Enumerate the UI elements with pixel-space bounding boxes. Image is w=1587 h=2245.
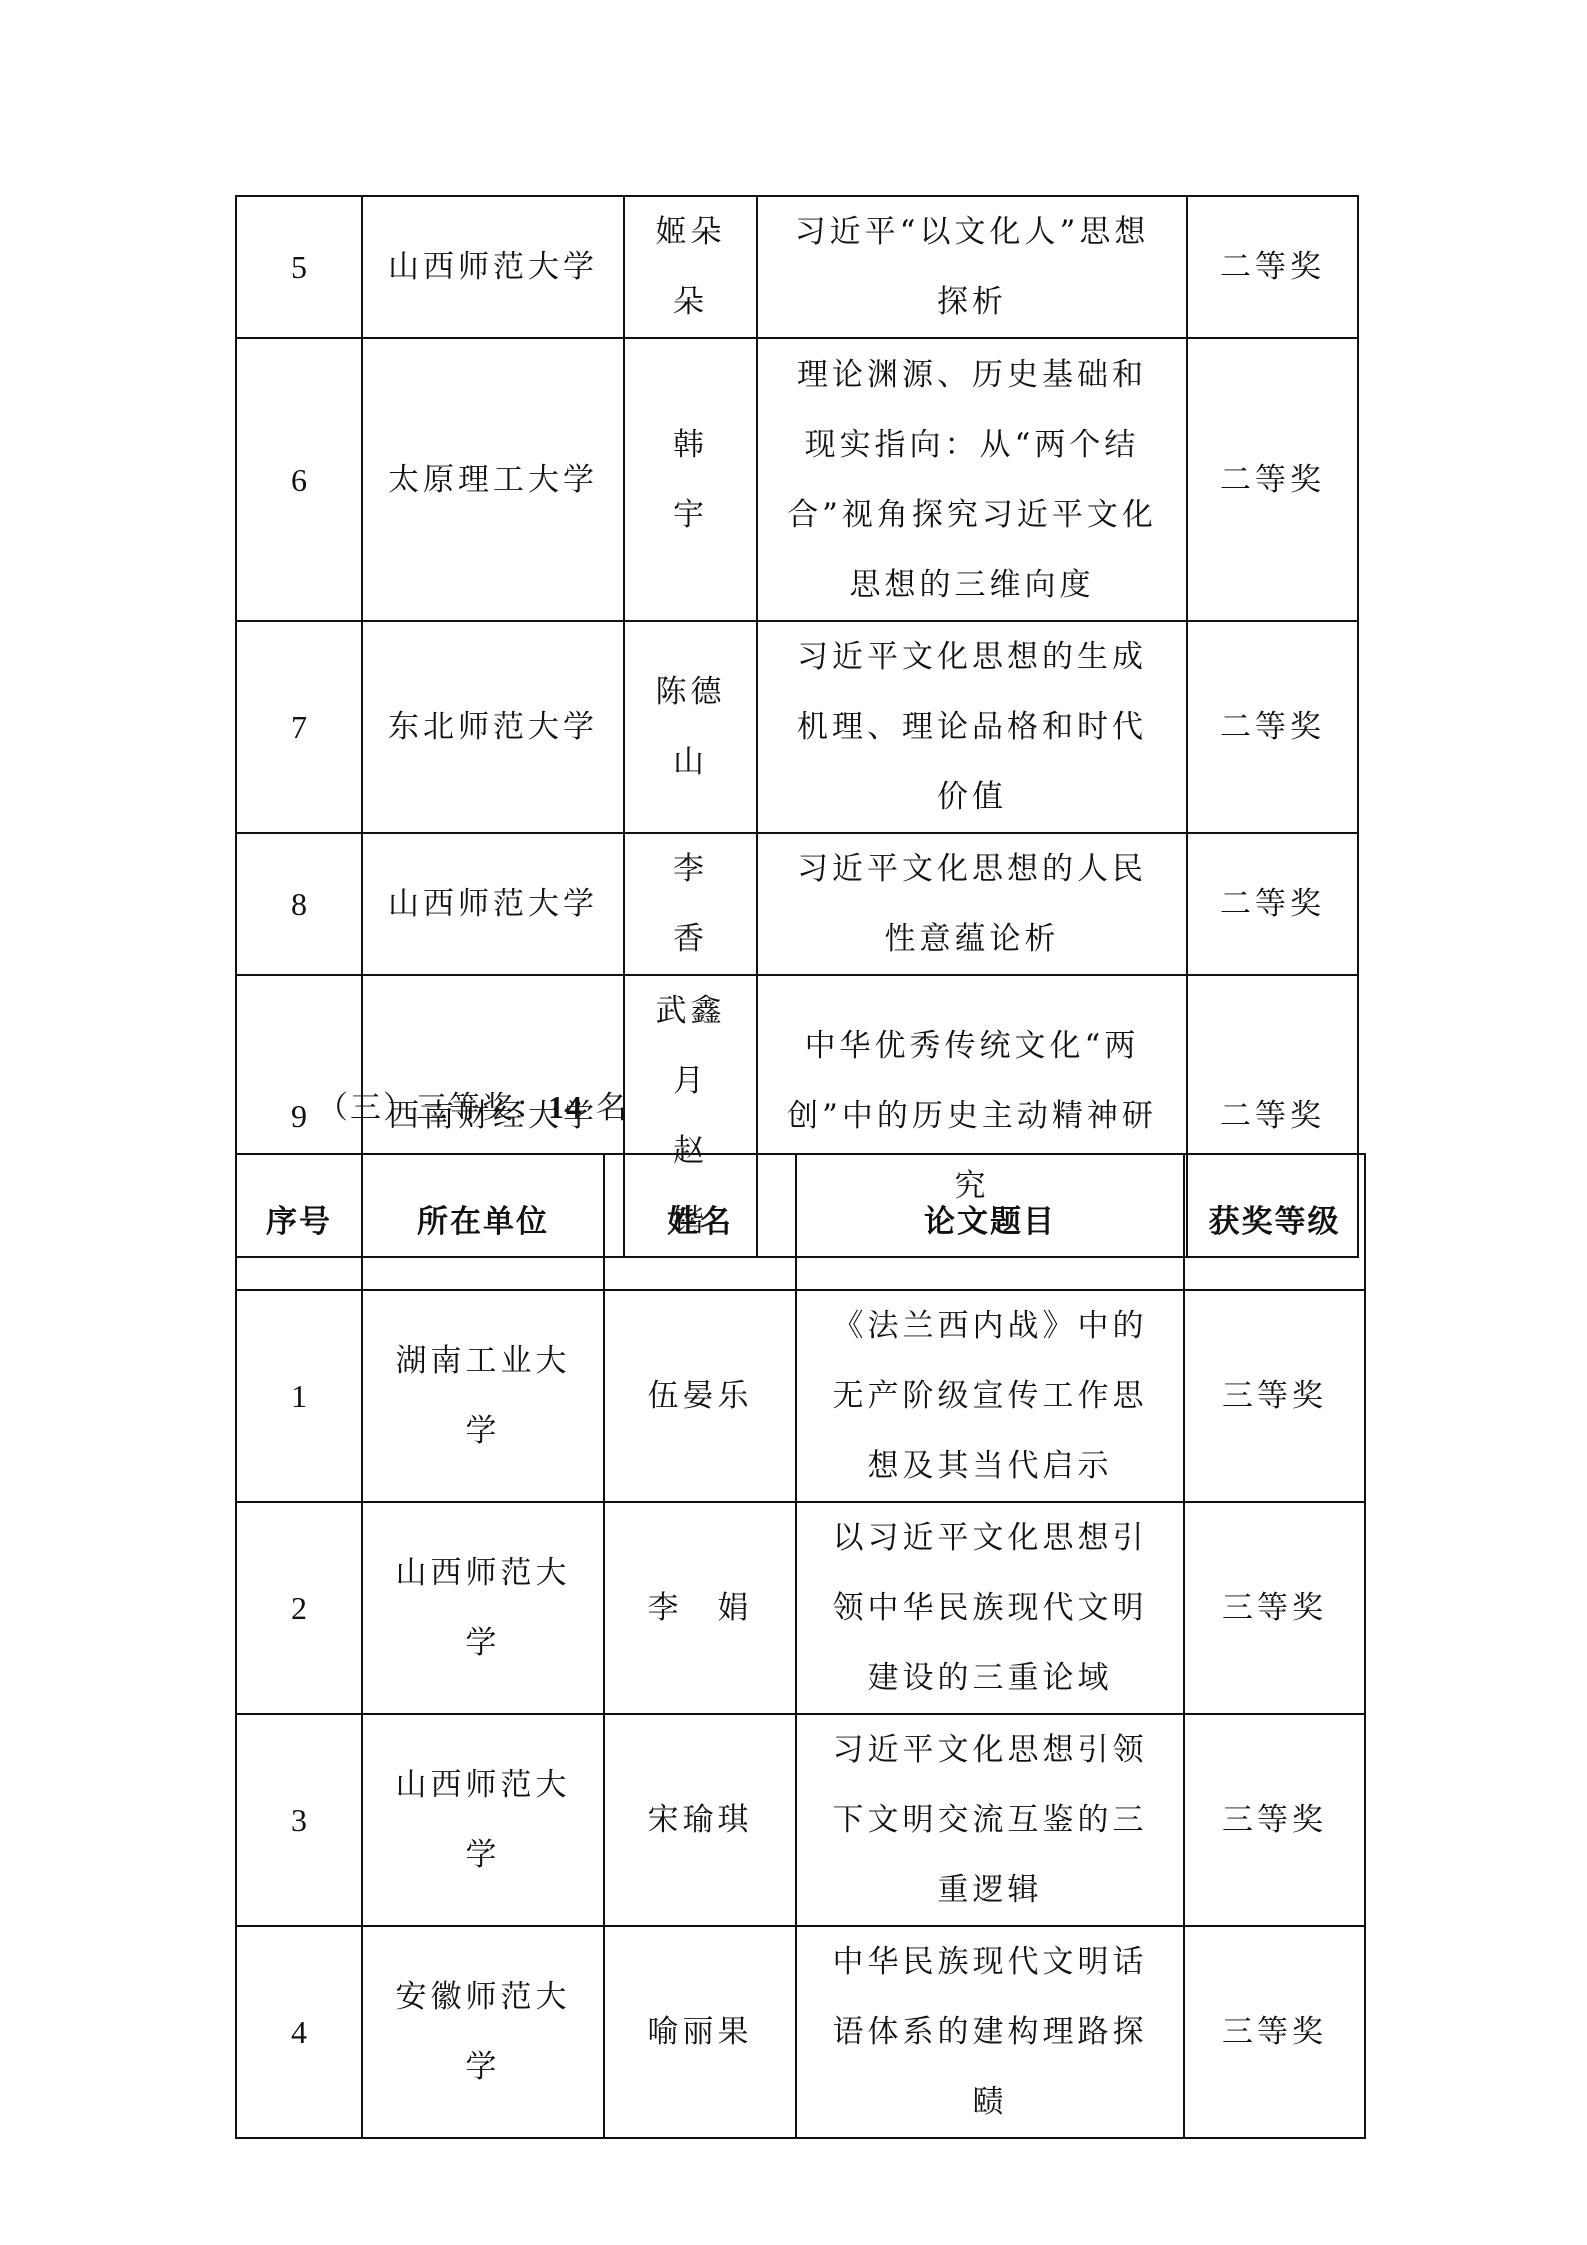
- award-cell: 三等奖: [1184, 1290, 1365, 1502]
- third-prize-table: 序号 所在单位 姓名 论文题目 获奖等级 1 湖南工业大学 伍晏乐 《法兰西内战…: [235, 1153, 1366, 2139]
- award-cell: 三等奖: [1184, 1926, 1365, 2138]
- header-title: 论文题目: [796, 1154, 1184, 1290]
- row-number: 6: [236, 338, 362, 621]
- table-row: 6 太原理工大学 韩 宇 理论渊源、历史基础和现实指向：从“两个结合”视角探究习…: [236, 338, 1358, 621]
- award-cell: 二等奖: [1187, 833, 1358, 975]
- table-row: 5 山西师范大学 姬朵朵 习近平“以文化人”思想探析 二等奖: [236, 196, 1358, 338]
- section-heading-third-prize: （三）三等奖：14 名: [317, 1082, 629, 1127]
- header-unit: 所在单位: [362, 1154, 604, 1290]
- paper-title-cell: 以习近平文化思想引领中华民族现代文明建设的三重论域: [796, 1502, 1184, 1714]
- paper-title-cell: 习近平文化思想的生成机理、理论品格和时代价值: [757, 621, 1187, 833]
- unit-cell: 安徽师范大学: [362, 1926, 604, 2138]
- person-name: 李 香: [643, 834, 738, 974]
- person-name: 宋瑜琪: [623, 1785, 777, 1855]
- award-cell: 二等奖: [1187, 338, 1358, 621]
- person-name: 陈德山: [643, 657, 738, 797]
- row-number: 1: [236, 1290, 362, 1502]
- person-name: 韩 宇: [643, 410, 738, 550]
- name-cell: 姬朵朵: [624, 196, 757, 338]
- unit-cell: 太原理工大学: [362, 338, 624, 621]
- name-cell: 喻丽果: [604, 1926, 796, 2138]
- paper-title-cell: 理论渊源、历史基础和现实指向：从“两个结合”视角探究习近平文化思想的三维向度: [757, 338, 1187, 621]
- name-cell: 李 香: [624, 833, 757, 975]
- row-number: 4: [236, 1926, 362, 2138]
- table-row: 3 山西师范大学 宋瑜琪 习近平文化思想引领下文明交流互鉴的三重逻辑 三等奖: [236, 1714, 1365, 1926]
- row-number: 7: [236, 621, 362, 833]
- person-name: 姬朵朵: [643, 197, 738, 337]
- row-number: 5: [236, 196, 362, 338]
- paper-title-cell: 习近平文化思想的人民性意蕴论析: [757, 833, 1187, 975]
- heading-count: 14: [548, 1089, 584, 1125]
- person-name: 伍晏乐: [623, 1361, 777, 1431]
- table-row: 4 安徽师范大学 喻丽果 中华民族现代文明话语体系的建构理路探赜 三等奖: [236, 1926, 1365, 2138]
- person-name: 李 娟: [623, 1573, 777, 1643]
- award-cell: 二等奖: [1187, 196, 1358, 338]
- table-row: 2 山西师范大学 李 娟 以习近平文化思想引领中华民族现代文明建设的三重论域 三…: [236, 1502, 1365, 1714]
- table-row: 7 东北师范大学 陈德山 习近平文化思想的生成机理、理论品格和时代价值 二等奖: [236, 621, 1358, 833]
- header-number: 序号: [236, 1154, 362, 1290]
- unit-cell: 山西师范大学: [362, 1714, 604, 1926]
- paper-title-cell: 《法兰西内战》中的无产阶级宣传工作思想及其当代启示: [796, 1290, 1184, 1502]
- unit-cell: 山西师范大学: [362, 1502, 604, 1714]
- paper-title-cell: 习近平“以文化人”思想探析: [757, 196, 1187, 338]
- unit-cell: 山西师范大学: [362, 196, 624, 338]
- paper-title-cell: 习近平文化思想引领下文明交流互鉴的三重逻辑: [796, 1714, 1184, 1926]
- name-cell: 韩 宇: [624, 338, 757, 621]
- name-cell: 伍晏乐: [604, 1290, 796, 1502]
- unit-cell: 山西师范大学: [362, 833, 624, 975]
- table-row: 1 湖南工业大学 伍晏乐 《法兰西内战》中的无产阶级宣传工作思想及其当代启示 三…: [236, 1290, 1365, 1502]
- unit-cell: 东北师范大学: [362, 621, 624, 833]
- person-name: 喻丽果: [623, 1997, 777, 2067]
- person-name: 武鑫月: [643, 976, 738, 1116]
- name-cell: 宋瑜琪: [604, 1714, 796, 1926]
- table-row: 8 山西师范大学 李 香 习近平文化思想的人民性意蕴论析 二等奖: [236, 833, 1358, 975]
- heading-suffix: 名: [584, 1090, 629, 1126]
- paper-title-cell: 中华民族现代文明话语体系的建构理路探赜: [796, 1926, 1184, 2138]
- unit-cell: 湖南工业大学: [362, 1290, 604, 1502]
- award-cell: 三等奖: [1184, 1714, 1365, 1926]
- header-award: 获奖等级: [1184, 1154, 1365, 1290]
- row-number: 8: [236, 833, 362, 975]
- row-number: 3: [236, 1714, 362, 1926]
- heading-label: （三）三等奖：: [317, 1090, 548, 1126]
- award-cell: 三等奖: [1184, 1502, 1365, 1714]
- name-cell: 陈德山: [624, 621, 757, 833]
- award-cell: 二等奖: [1187, 621, 1358, 833]
- table-header-row: 序号 所在单位 姓名 论文题目 获奖等级: [236, 1154, 1365, 1290]
- row-number: 2: [236, 1502, 362, 1714]
- header-name: 姓名: [604, 1154, 796, 1290]
- name-cell: 李 娟: [604, 1502, 796, 1714]
